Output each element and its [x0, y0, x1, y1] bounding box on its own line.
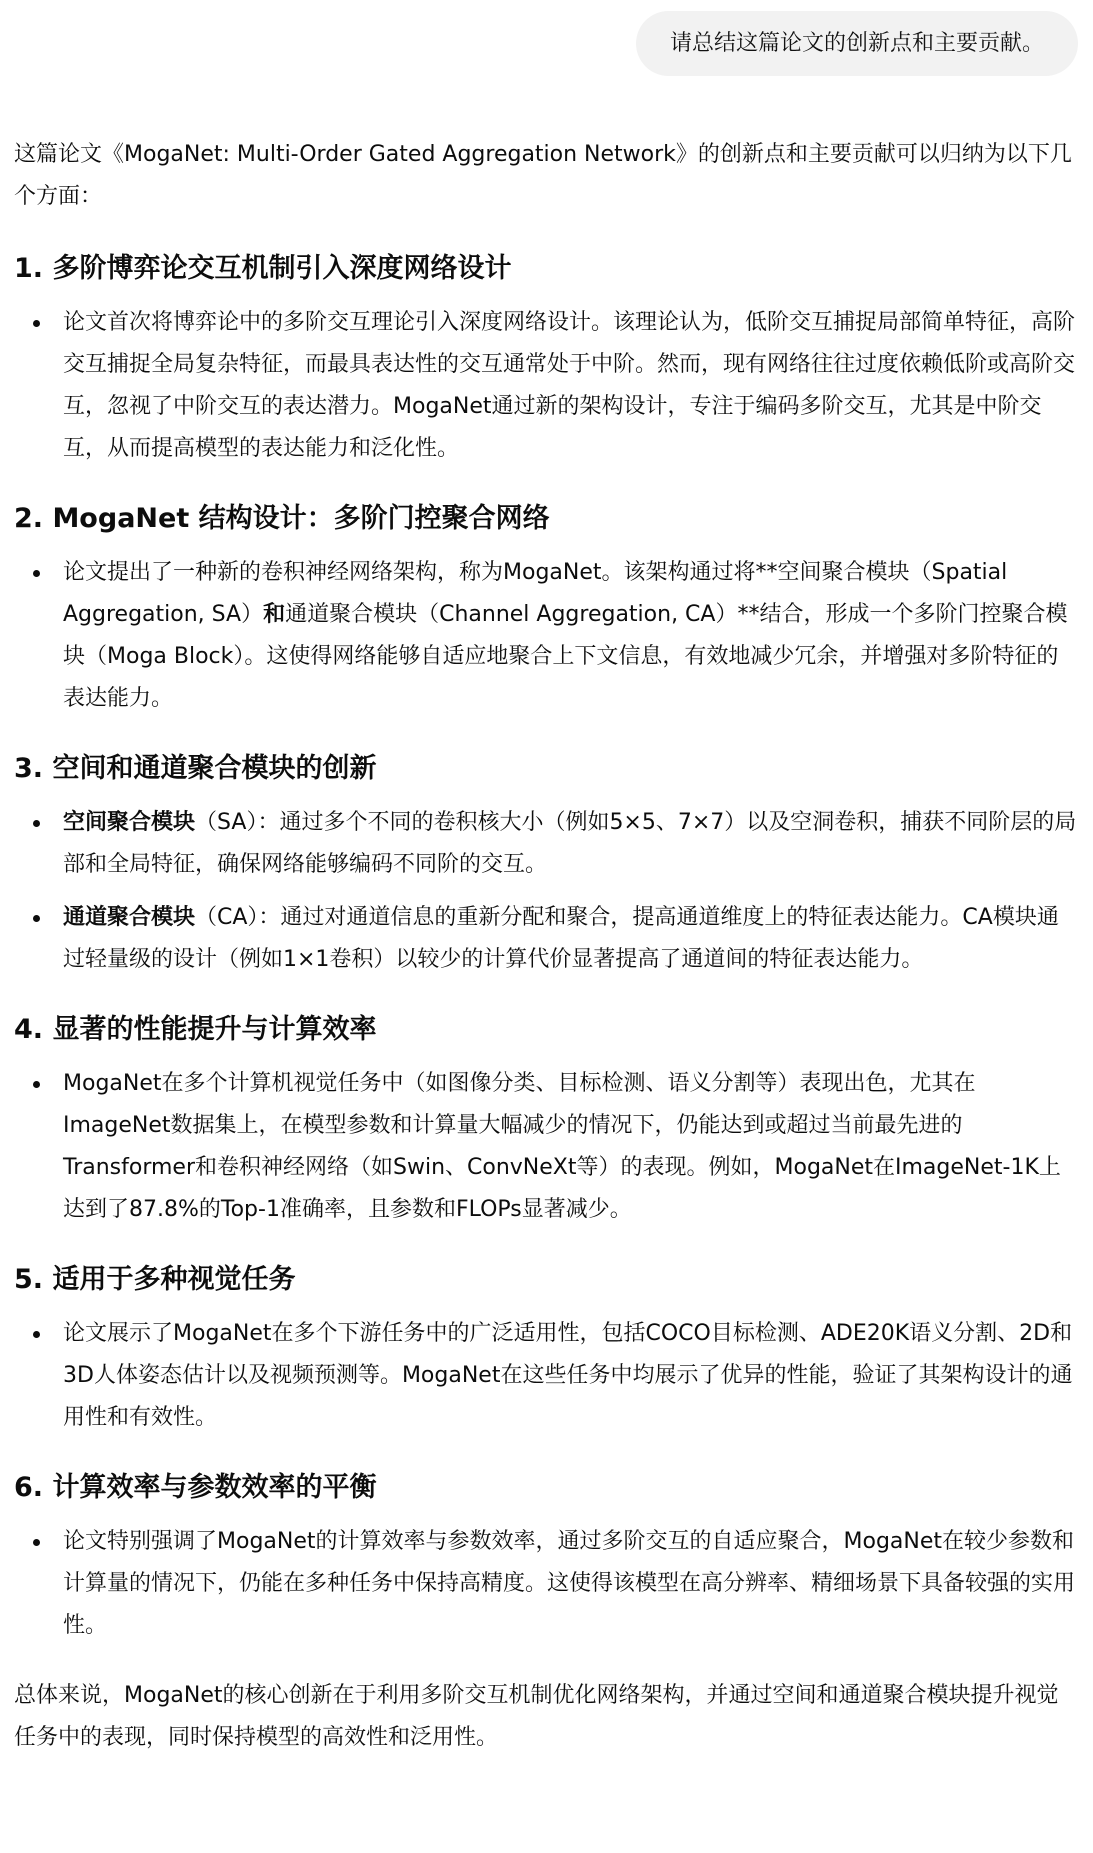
intro-paragraph: 这篇论文《MogaNet: Multi-Order Gated Aggregat… — [14, 134, 1079, 218]
summary-paragraph: 总体来说，MogaNet的核心创新在于利用多阶交互机制优化网络架构，并通过空间和… — [14, 1675, 1079, 1759]
list-item: 论文首次将博弈论中的多阶交互理论引入深度网络设计。该理论认为，低阶交互捕捉局部简… — [63, 302, 1079, 470]
bullet-list: 空间聚合模块（SA）：通过多个不同的卷积核大小（例如5×5、7×7）以及空洞卷积… — [14, 802, 1079, 981]
bullet-bold-term: 通道聚合模块 — [63, 905, 195, 930]
bullet-text: （CA）：通过对通道信息的重新分配和聚合，提高通道维度上的特征表达能力。CA模块… — [63, 905, 1059, 972]
list-item: 论文展示了MogaNet在多个下游任务中的广泛适用性，包括COCO目标检测、AD… — [63, 1313, 1079, 1439]
bullet-inline-bold: 和 — [263, 602, 285, 627]
list-item: 论文特别强调了MogaNet的计算效率与参数效率，通过多阶交互的自适应聚合，Mo… — [63, 1521, 1079, 1647]
bullet-text: （SA）：通过多个不同的卷积核大小（例如5×5、7×7）以及空洞卷积，捕获不同阶… — [63, 810, 1076, 877]
bullet-text: 论文展示了MogaNet在多个下游任务中的广泛适用性，包括COCO目标检测、AD… — [63, 1321, 1072, 1430]
list-item: 空间聚合模块（SA）：通过多个不同的卷积核大小（例如5×5、7×7）以及空洞卷积… — [63, 802, 1079, 886]
section-title: 3. 空间和通道聚合模块的创新 — [14, 748, 1079, 790]
bullet-list: 论文特别强调了MogaNet的计算效率与参数效率，通过多阶交互的自适应聚合，Mo… — [14, 1521, 1079, 1647]
section-1: 1. 多阶博弈论交互机制引入深度网络设计 论文首次将博弈论中的多阶交互理论引入深… — [14, 248, 1079, 470]
section-title: 4. 显著的性能提升与计算效率 — [14, 1009, 1079, 1051]
bullet-list: 论文首次将博弈论中的多阶交互理论引入深度网络设计。该理论认为，低阶交互捕捉局部简… — [14, 302, 1079, 470]
bullet-list: 论文提出了一种新的卷积神经网络架构，称为MogaNet。该架构通过将**空间聚合… — [14, 552, 1079, 720]
section-3: 3. 空间和通道聚合模块的创新 空间聚合模块（SA）：通过多个不同的卷积核大小（… — [14, 748, 1079, 981]
bullet-text: 论文首次将博弈论中的多阶交互理论引入深度网络设计。该理论认为，低阶交互捕捉局部简… — [63, 310, 1075, 461]
section-title: 2. MogaNet 结构设计：多阶门控聚合网络 — [14, 498, 1079, 540]
list-item: MogaNet在多个计算机视觉任务中（如图像分类、目标检测、语义分割等）表现出色… — [63, 1063, 1079, 1231]
section-title: 1. 多阶博弈论交互机制引入深度网络设计 — [14, 248, 1079, 290]
assistant-response: 这篇论文《MogaNet: Multi-Order Gated Aggregat… — [14, 134, 1079, 1759]
bullet-list: MogaNet在多个计算机视觉任务中（如图像分类、目标检测、语义分割等）表现出色… — [14, 1063, 1079, 1231]
section-title: 5. 适用于多种视觉任务 — [14, 1259, 1079, 1301]
section-title: 6. 计算效率与参数效率的平衡 — [14, 1467, 1079, 1509]
section-2: 2. MogaNet 结构设计：多阶门控聚合网络 论文提出了一种新的卷积神经网络… — [14, 498, 1079, 720]
bullet-bold-term: 空间聚合模块 — [63, 810, 195, 835]
user-message-bubble: 请总结这篇论文的创新点和主要贡献。 — [636, 11, 1078, 76]
bullet-list: 论文展示了MogaNet在多个下游任务中的广泛适用性，包括COCO目标检测、AD… — [14, 1313, 1079, 1439]
list-item: 通道聚合模块（CA）：通过对通道信息的重新分配和聚合，提高通道维度上的特征表达能… — [63, 897, 1079, 981]
list-item: 论文提出了一种新的卷积神经网络架构，称为MogaNet。该架构通过将**空间聚合… — [63, 552, 1079, 720]
section-4: 4. 显著的性能提升与计算效率 MogaNet在多个计算机视觉任务中（如图像分类… — [14, 1009, 1079, 1231]
bullet-text: MogaNet在多个计算机视觉任务中（如图像分类、目标检测、语义分割等）表现出色… — [63, 1071, 1061, 1222]
section-6: 6. 计算效率与参数效率的平衡 论文特别强调了MogaNet的计算效率与参数效率… — [14, 1467, 1079, 1647]
user-message-row: 请总结这篇论文的创新点和主要贡献。 — [636, 11, 1078, 76]
section-5: 5. 适用于多种视觉任务 论文展示了MogaNet在多个下游任务中的广泛适用性，… — [14, 1259, 1079, 1439]
bullet-text: 论文特别强调了MogaNet的计算效率与参数效率，通过多阶交互的自适应聚合，Mo… — [63, 1529, 1075, 1638]
